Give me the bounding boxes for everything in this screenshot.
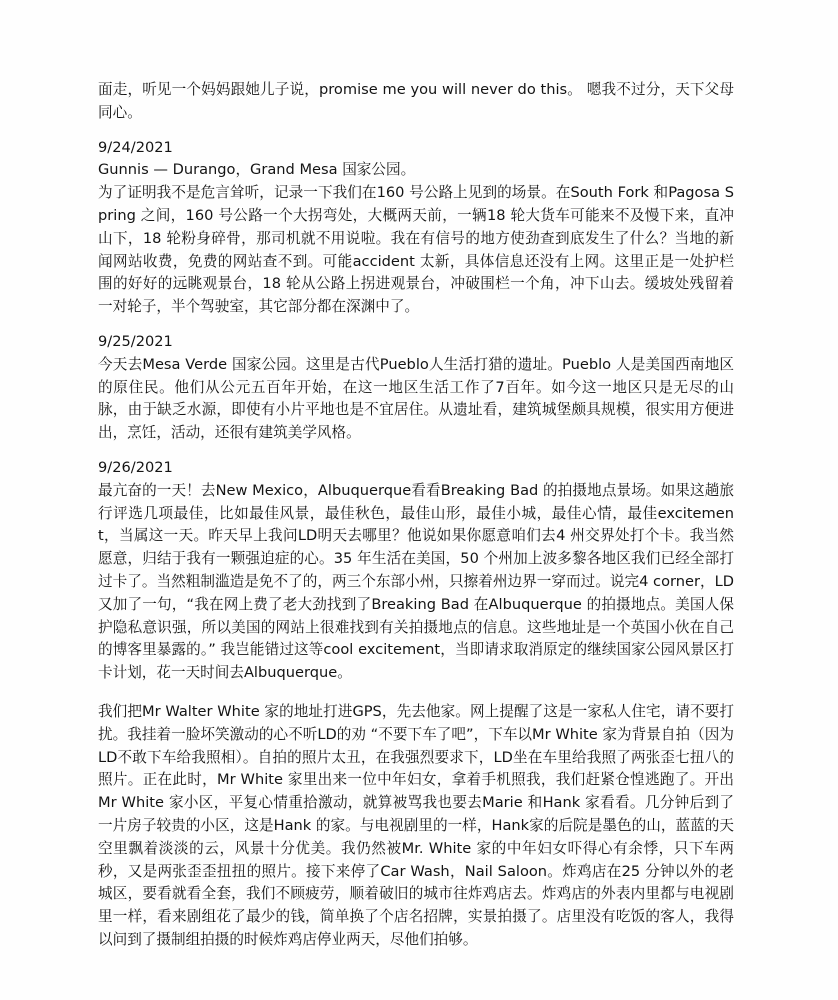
entry-body: 为了证明我不是危言耸听，记录一下我们在160 号公路上见到的场景。在South … (98, 182, 734, 319)
entry-date: 9/25/2021 (98, 331, 734, 354)
entry-body: 最亢奋的一天！去New Mexico，Albuquerque看看Breaking… (98, 480, 734, 685)
entry-date: 9/26/2021 (98, 457, 734, 480)
document-page: 面走，听见一个妈妈跟她儿子说，promise me you will never… (98, 79, 734, 964)
entry-subtitle: Gunnis — Durango，Grand Mesa 国家公园。 (98, 159, 734, 182)
diary-entry-0926: 9/26/2021 最亢奋的一天！去New Mexico，Albuquerque… (98, 457, 734, 685)
entry-body: 今天去Mesa Verde 国家公园。这里是古代Pueblo人生活打猎的遗址。P… (98, 354, 734, 445)
intro-paragraph: 面走，听见一个妈妈跟她儿子说，promise me you will never… (98, 79, 734, 125)
final-paragraph: 我们把Mr Walter White 家的地址打进GPS，先去他家。网上提醒了这… (98, 701, 734, 952)
diary-entry-0924: 9/24/2021 Gunnis — Durango，Grand Mesa 国家… (98, 137, 734, 319)
diary-entry-0925: 9/25/2021 今天去Mesa Verde 国家公园。这里是古代Pueblo… (98, 331, 734, 445)
entry-date: 9/24/2021 (98, 137, 734, 160)
